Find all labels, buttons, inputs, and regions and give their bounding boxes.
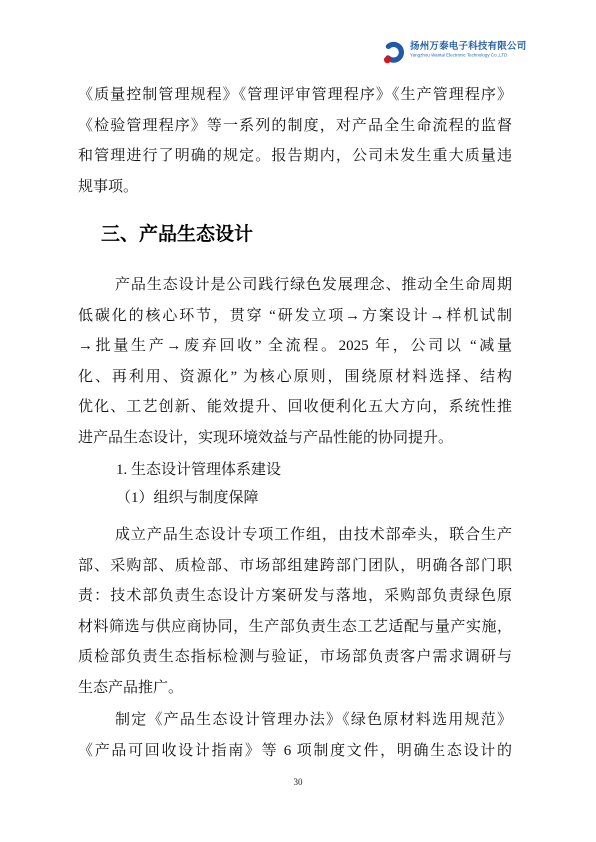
text-line: 生态产品推广。 bbox=[78, 673, 512, 704]
logo-text: 扬州万泰电子科技有限公司 Yangzhou Wantai Electronic … bbox=[410, 41, 584, 61]
logo-mark-icon bbox=[383, 41, 406, 65]
paragraph-system-documents: 制定《产品生态设计管理办法》《绿色原材料选用规范》 《产品可回收设计指南》等 6… bbox=[78, 705, 512, 766]
sub-heading-text: （1）组织与制度保障 bbox=[78, 483, 512, 514]
paragraph-quality-management: 《质量控制管理规程》《管理评审管理程序》《生产管理程序》 《检验管理程序》等一系… bbox=[78, 80, 512, 202]
text-line: 质检部负责生态指标检测与验证，市场部负责客户需求调研与 bbox=[78, 642, 512, 673]
company-name-en: Yangzhou Wantai Electronic Technology Co… bbox=[410, 53, 507, 57]
text-line: 责：技术部负责生态设计方案研发与落地，采购部负责绿色原 bbox=[78, 581, 512, 612]
company-name-zh: 扬州万泰电子科技有限公司 bbox=[410, 41, 584, 53]
company-logo: 扬州万泰电子科技有限公司 Yangzhou Wantai Electronic … bbox=[383, 41, 584, 65]
text-line: 优化、工艺创新、能效提升、回收便利化五大方向，系统性推 bbox=[78, 392, 512, 423]
text-line: 成立产品生态设计专项工作组，由技术部牵头，联合生产 bbox=[78, 520, 512, 551]
paragraph-working-group: 成立产品生态设计专项工作组，由技术部牵头，联合生产 部、采购部、质检部、市场部组… bbox=[78, 520, 512, 703]
text-line: 产品生态设计是公司践行绿色发展理念、推动全生命周期 bbox=[78, 270, 512, 301]
text-line: 规事项。 bbox=[78, 172, 512, 203]
sub-heading-organization: （1）组织与制度保障 bbox=[78, 483, 512, 514]
section-heading: 三、产品生态设计 bbox=[78, 222, 535, 248]
text-line: 《检验管理程序》等一系列的制度，对产品全生命流程的监督 bbox=[78, 111, 512, 142]
text-line: 进产品生态设计，实现环境效益与产品性能的协同提升。 bbox=[78, 423, 512, 454]
sub-heading-text: 1. 生态设计管理体系建设 bbox=[78, 455, 512, 486]
text-line: 《产品可回收设计指南》等 6 项制度文件，明确生态设计的 bbox=[78, 736, 512, 767]
text-line: →批量生产→废弃回收” 全流程。2025 年，公司以 “减量 bbox=[78, 331, 512, 362]
text-line: 材料筛选与供应商协同，生产部负责生态工艺适配与量产实施， bbox=[78, 612, 512, 643]
text-line: 化、再利用、资源化” 为核心原则，围绕原材料选择、结构 bbox=[78, 362, 512, 393]
text-line: 和管理进行了明确的规定。报告期内，公司未发生重大质量违 bbox=[78, 141, 512, 172]
report-page: 扬州万泰电子科技有限公司 Yangzhou Wantai Electronic … bbox=[0, 0, 596, 842]
text-line: 《质量控制管理规程》《管理评审管理程序》《生产管理程序》 bbox=[78, 80, 512, 111]
paragraph-eco-design-overview: 产品生态设计是公司践行绿色发展理念、推动全生命周期 低碳化的核心环节，贯穿 “研… bbox=[78, 270, 512, 453]
sub-heading-management-system: 1. 生态设计管理体系建设 bbox=[78, 455, 512, 486]
text-line: 制定《产品生态设计管理办法》《绿色原材料选用规范》 bbox=[78, 705, 512, 736]
page-number: 30 bbox=[0, 777, 596, 787]
text-line: 低碳化的核心环节，贯穿 “研发立项→方案设计→样机试制 bbox=[78, 301, 512, 332]
text-line: 部、采购部、质检部、市场部组建跨部门团队，明确各部门职 bbox=[78, 551, 512, 582]
